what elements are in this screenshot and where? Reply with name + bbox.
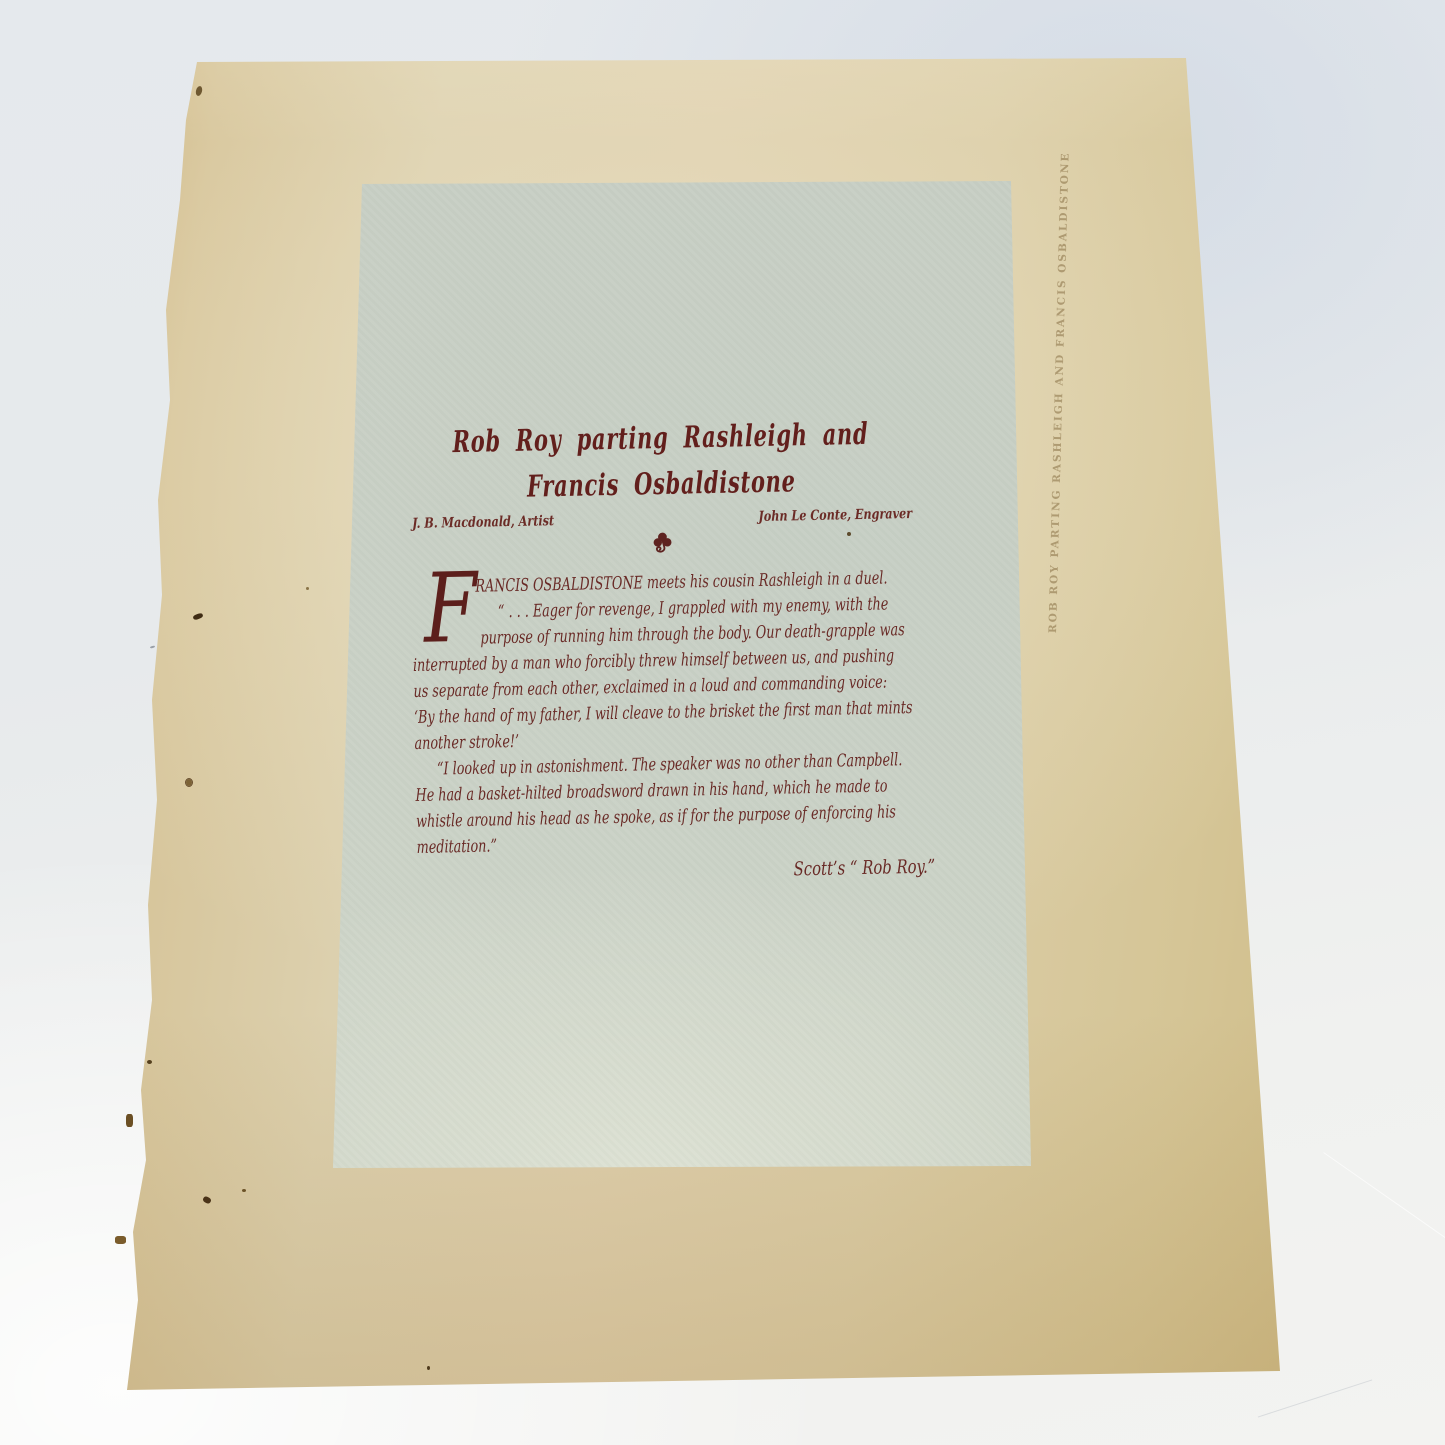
backdrop-scratch [1258, 1379, 1372, 1417]
backdrop-scratch [1323, 1152, 1445, 1239]
dust-speck [150, 645, 155, 648]
engraver-credit: John Le Conte, Engraver [758, 505, 912, 526]
paper-speck [115, 1236, 126, 1244]
paper-speck [147, 1060, 152, 1064]
photo-backdrop: Rob Roy parting Rashleigh and Francis Os… [0, 0, 1445, 1445]
paper-speck [306, 587, 309, 590]
plate-title: Rob Roy parting Rashleigh and Francis Os… [360, 410, 962, 514]
paper-speck [126, 1114, 133, 1127]
plate-title-line2: Francis Osbaldistone [451, 458, 872, 512]
artist-credit: J. B. Macdonald, Artist [412, 512, 554, 533]
drop-cap: F [423, 568, 478, 651]
paper-speck [185, 778, 193, 787]
printed-content: Rob Roy parting Rashleigh and Francis Os… [360, 410, 969, 889]
quote-block: F RANCIS OSBALDISTONE meets his cousin R… [411, 564, 957, 861]
paper-speck [242, 1189, 246, 1192]
paper-speck [427, 1366, 430, 1370]
